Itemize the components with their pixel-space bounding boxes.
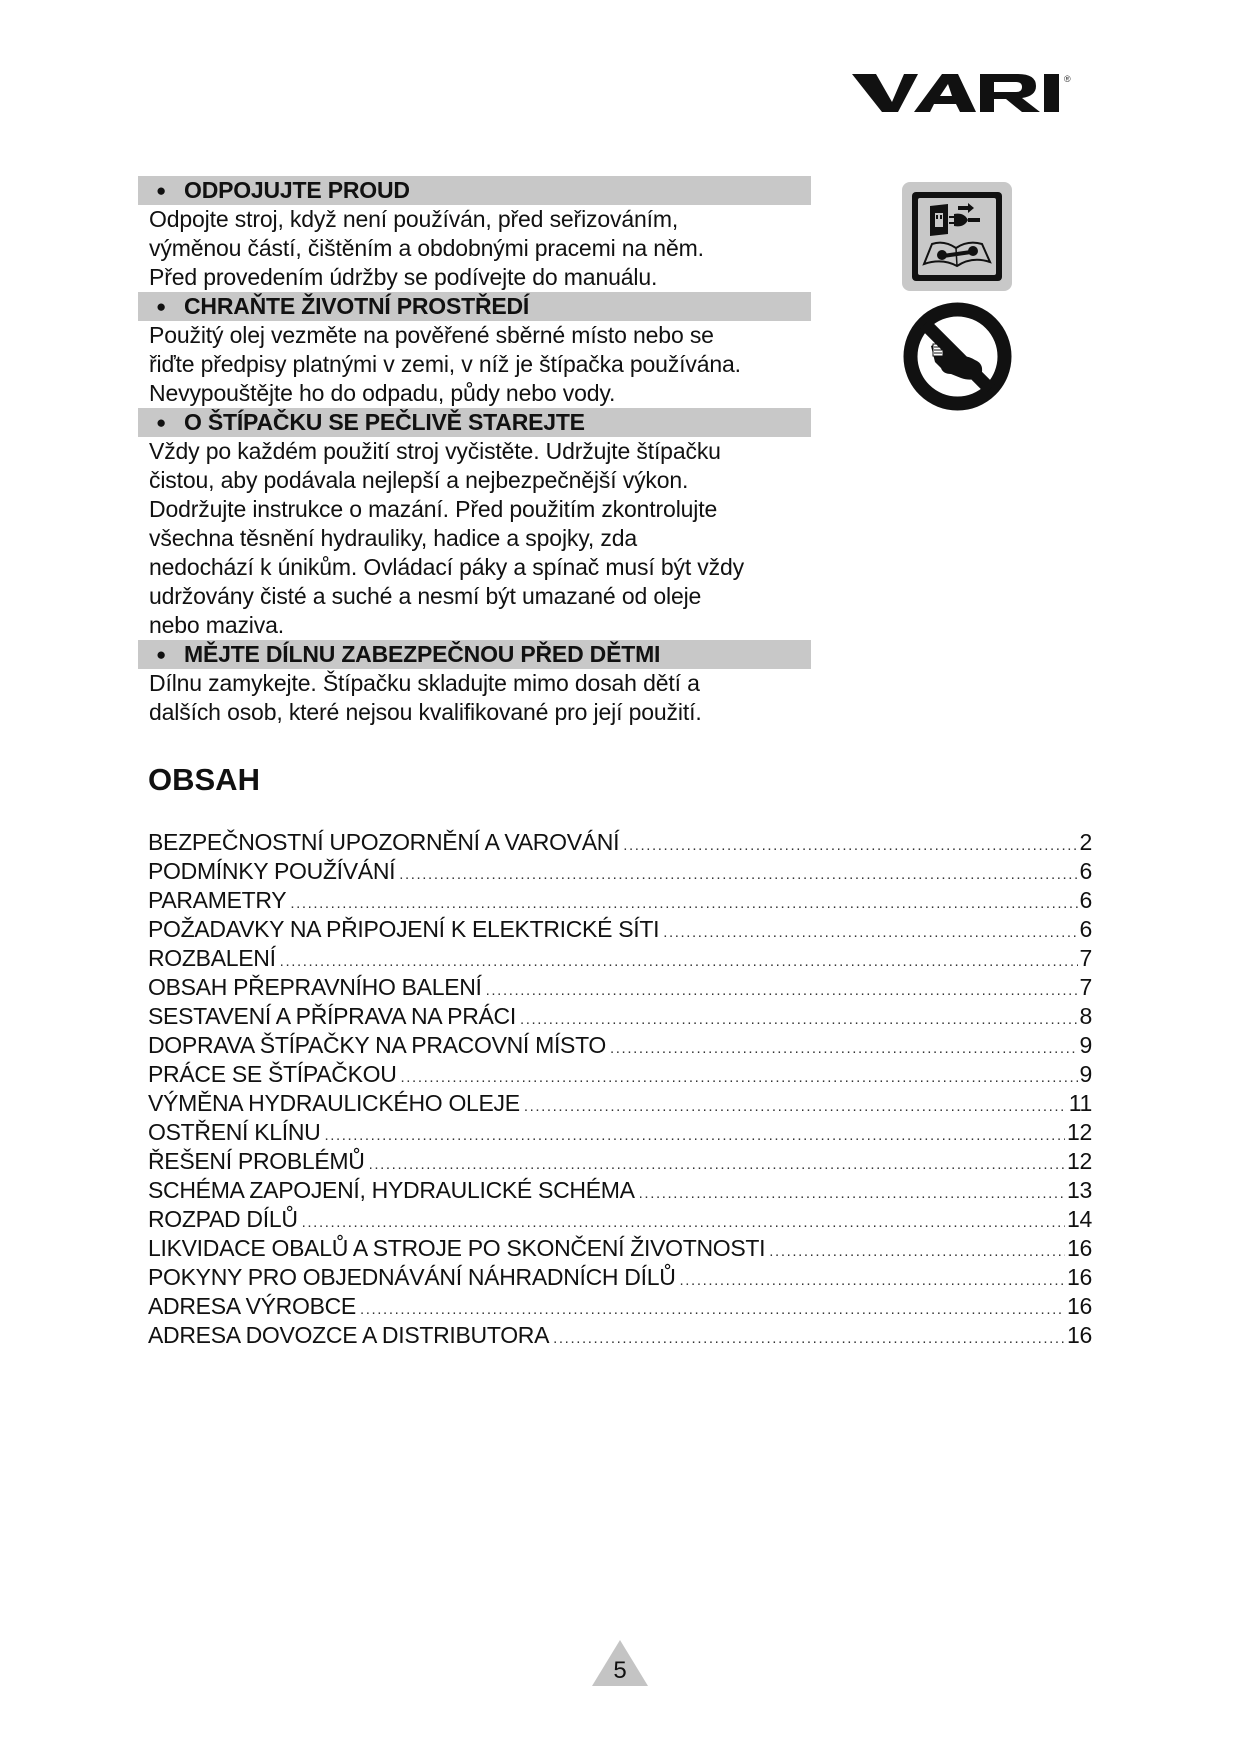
toc-entry-page: 7 bbox=[1080, 945, 1093, 972]
body-line: Nevypouštějte ho do odpadu, půdy nebo vo… bbox=[149, 379, 803, 408]
toc-leader-dots bbox=[520, 1011, 1078, 1028]
toc-entry[interactable]: POKYNY PRO OBJEDNÁVÁNÍ NÁHRADNÍCH DÍLŮ16 bbox=[148, 1264, 1092, 1293]
table-of-contents: BEZPEČNOSTNÍ UPOZORNĚNÍ A VAROVÁNÍ2 PODM… bbox=[148, 829, 1092, 1351]
toc-entry-title: ROZPAD DÍLŮ bbox=[148, 1206, 298, 1233]
toc-leader-dots bbox=[524, 1098, 1067, 1115]
page-number: 5 bbox=[592, 1640, 648, 1688]
toc-entry-page: 9 bbox=[1080, 1061, 1093, 1088]
heading-text: MĚJTE DÍLNU ZABEZPEČNOU PŘED DĚTMI bbox=[184, 641, 660, 668]
toc-entry[interactable]: VÝMĚNA HYDRAULICKÉHO OLEJE11 bbox=[148, 1090, 1092, 1119]
toc-entry-title: ŘEŠENÍ PROBLÉMŮ bbox=[148, 1148, 365, 1175]
body-line: Odpojte stroj, když není používán, před … bbox=[149, 205, 803, 234]
svg-text:®: ® bbox=[1064, 74, 1071, 84]
toc-entry[interactable]: LIKVIDACE OBALŮ A STROJE PO SKONČENÍ ŽIV… bbox=[148, 1235, 1092, 1264]
toc-entry-title: POŽADAVKY NA PŘIPOJENÍ K ELEKTRICKÉ SÍTI bbox=[148, 916, 659, 943]
body-line: Dílnu zamykejte. Štípačku skladujte mimo… bbox=[149, 669, 803, 698]
toc-entry[interactable]: SESTAVENÍ A PŘÍPRAVA NA PRÁCI8 bbox=[148, 1003, 1092, 1032]
toc-entry-page: 16 bbox=[1067, 1293, 1092, 1320]
toc-entry-page: 16 bbox=[1067, 1322, 1092, 1349]
body-line: všechna těsnění hydrauliky, hadice a spo… bbox=[149, 524, 803, 553]
toc-entry-title: OBSAH PŘEPRAVNÍHO BALENÍ bbox=[148, 974, 482, 1001]
page-number-text: 5 bbox=[592, 1657, 648, 1685]
toc-entry[interactable]: PARAMETRY6 bbox=[148, 887, 1092, 916]
bullet-icon: ● bbox=[138, 181, 184, 201]
safety-instructions: ● ODPOJUJTE PROUD Odpojte stroj, když ne… bbox=[138, 176, 811, 727]
toc-leader-dots bbox=[610, 1040, 1077, 1057]
toc-entry[interactable]: OSTŘENÍ KLÍNU12 bbox=[148, 1119, 1092, 1148]
toc-entry-page: 7 bbox=[1080, 974, 1093, 1001]
bullet-icon: ● bbox=[138, 297, 184, 317]
toc-entry[interactable]: ŘEŠENÍ PROBLÉMŮ12 bbox=[148, 1148, 1092, 1177]
section-heading-children: ● MĚJTE DÍLNU ZABEZPEČNOU PŘED DĚTMI bbox=[138, 640, 811, 669]
toc-entry-title: OSTŘENÍ KLÍNU bbox=[148, 1119, 320, 1146]
body-line: nebo maziva. bbox=[149, 611, 803, 640]
toc-entry-title: ADRESA VÝROBCE bbox=[148, 1293, 356, 1320]
toc-entry-page: 13 bbox=[1067, 1177, 1092, 1204]
toc-entry-title: VÝMĚNA HYDRAULICKÉHO OLEJE bbox=[148, 1090, 520, 1117]
toc-leader-dots bbox=[639, 1185, 1065, 1202]
toc-entry[interactable]: SCHÉMA ZAPOJENÍ, HYDRAULICKÉ SCHÉMA13 bbox=[148, 1177, 1092, 1206]
toc-entry-title: DOPRAVA ŠTÍPAČKY NA PRACOVNÍ MÍSTO bbox=[148, 1032, 606, 1059]
section-body-environment: Použitý olej vezměte na pověřené sběrné … bbox=[138, 321, 811, 408]
toc-entry-title: LIKVIDACE OBALŮ A STROJE PO SKONČENÍ ŽIV… bbox=[148, 1235, 765, 1262]
body-line: Použitý olej vezměte na pověřené sběrné … bbox=[149, 321, 803, 350]
toc-leader-dots bbox=[290, 895, 1077, 912]
body-line: Dodržujte instrukce o mazání. Před použi… bbox=[149, 495, 803, 524]
toc-entry[interactable]: ADRESA DOVOZCE A DISTRIBUTORA16 bbox=[148, 1322, 1092, 1351]
toc-entry-page: 6 bbox=[1080, 916, 1093, 943]
toc-entry-title: POKYNY PRO OBJEDNÁVÁNÍ NÁHRADNÍCH DÍLŮ bbox=[148, 1264, 676, 1291]
toc-leader-dots bbox=[769, 1243, 1065, 1260]
section-heading-care: ● O ŠTÍPAČKU SE PEČLIVĚ STAREJTE bbox=[138, 408, 811, 437]
toc-entry-title: ADRESA DOVOZCE A DISTRIBUTORA bbox=[148, 1322, 549, 1349]
toc-entry-page: 8 bbox=[1080, 1003, 1093, 1030]
heading-text: O ŠTÍPAČKU SE PEČLIVĚ STAREJTE bbox=[184, 409, 585, 436]
toc-entry-page: 2 bbox=[1080, 829, 1093, 856]
toc-leader-dots bbox=[553, 1330, 1065, 1347]
toc-entry-page: 9 bbox=[1080, 1032, 1093, 1059]
toc-entry[interactable]: POŽADAVKY NA PŘIPOJENÍ K ELEKTRICKÉ SÍTI… bbox=[148, 916, 1092, 945]
toc-entry-page: 6 bbox=[1080, 887, 1093, 914]
section-heading-environment: ● CHRAŇTE ŽIVOTNÍ PROSTŘEDÍ bbox=[138, 292, 811, 321]
section-body-care: Vždy po každém použití stroj vyčistěte. … bbox=[138, 437, 811, 640]
toc-entry-title: PRÁCE SE ŠTÍPAČKOU bbox=[148, 1061, 397, 1088]
body-line: dalších osob, které nejsou kvalifikované… bbox=[149, 698, 803, 727]
toc-entry-page: 12 bbox=[1067, 1148, 1092, 1175]
toc-entry-title: BEZPEČNOSTNÍ UPOZORNĚNÍ A VAROVÁNÍ bbox=[148, 829, 619, 856]
toc-leader-dots bbox=[663, 924, 1077, 941]
toc-leader-dots bbox=[401, 1069, 1078, 1086]
toc-entry[interactable]: ROZPAD DÍLŮ14 bbox=[148, 1206, 1092, 1235]
toc-entry[interactable]: ADRESA VÝROBCE16 bbox=[148, 1293, 1092, 1322]
toc-title: OBSAH bbox=[148, 762, 260, 798]
toc-entry-page: 16 bbox=[1067, 1235, 1092, 1262]
vari-logo-icon: ® bbox=[852, 70, 1092, 116]
toc-entry-page: 16 bbox=[1067, 1264, 1092, 1291]
toc-leader-dots bbox=[324, 1127, 1065, 1144]
body-line: udržovány čisté a suché a nesmí být umaz… bbox=[149, 582, 803, 611]
toc-entry[interactable]: ROZBALENÍ7 bbox=[148, 945, 1092, 974]
bullet-icon: ● bbox=[138, 645, 184, 665]
toc-leader-dots bbox=[486, 982, 1078, 999]
toc-leader-dots bbox=[399, 866, 1077, 883]
heading-text: ODPOJUJTE PROUD bbox=[184, 177, 410, 204]
body-line: čistou, aby podávala nejlepší a nejbezpe… bbox=[149, 466, 803, 495]
toc-entry-title: PODMÍNKY POUŽÍVÁNÍ bbox=[148, 858, 395, 885]
toc-entry-title: SCHÉMA ZAPOJENÍ, HYDRAULICKÉ SCHÉMA bbox=[148, 1177, 635, 1204]
toc-entry-title: ROZBALENÍ bbox=[148, 945, 276, 972]
toc-entry-title: PARAMETRY bbox=[148, 887, 286, 914]
toc-leader-dots bbox=[623, 837, 1077, 854]
toc-leader-dots bbox=[360, 1301, 1065, 1318]
body-line: Vždy po každém použití stroj vyčistěte. … bbox=[149, 437, 803, 466]
heading-text: CHRAŇTE ŽIVOTNÍ PROSTŘEDÍ bbox=[184, 293, 529, 320]
body-line: výměnou částí, čištěním a obdobnými prac… bbox=[149, 234, 803, 263]
bullet-icon: ● bbox=[138, 413, 184, 433]
toc-entry[interactable]: PRÁCE SE ŠTÍPAČKOU9 bbox=[148, 1061, 1092, 1090]
body-line: řiďte předpisy platnými v zemi, v níž je… bbox=[149, 350, 803, 379]
section-heading-disconnect: ● ODPOJUJTE PROUD bbox=[138, 176, 811, 205]
toc-entry[interactable]: DOPRAVA ŠTÍPAČKY NA PRACOVNÍ MÍSTO9 bbox=[148, 1032, 1092, 1061]
toc-leader-dots bbox=[680, 1272, 1066, 1289]
toc-entry[interactable]: PODMÍNKY POUŽÍVÁNÍ6 bbox=[148, 858, 1092, 887]
toc-entry-page: 12 bbox=[1067, 1119, 1092, 1146]
section-body-disconnect: Odpojte stroj, když není používán, před … bbox=[138, 205, 811, 292]
toc-entry[interactable]: BEZPEČNOSTNÍ UPOZORNĚNÍ A VAROVÁNÍ2 bbox=[148, 829, 1092, 858]
toc-leader-dots bbox=[302, 1214, 1065, 1231]
toc-leader-dots bbox=[280, 953, 1078, 970]
body-line: Před provedením údržby se podívejte do m… bbox=[149, 263, 803, 292]
section-body-children: Dílnu zamykejte. Štípačku skladujte mimo… bbox=[138, 669, 811, 727]
toc-entry-title: SESTAVENÍ A PŘÍPRAVA NA PRÁCI bbox=[148, 1003, 516, 1030]
toc-entry-page: 6 bbox=[1080, 858, 1093, 885]
no-hands-prohibition-icon bbox=[903, 302, 1012, 411]
toc-leader-dots bbox=[369, 1156, 1065, 1173]
toc-entry-page: 11 bbox=[1069, 1090, 1092, 1117]
unplug-before-maintenance-icon bbox=[902, 182, 1012, 291]
toc-entry-page: 14 bbox=[1067, 1206, 1092, 1233]
vari-logo: ® bbox=[852, 70, 1092, 116]
toc-entry[interactable]: OBSAH PŘEPRAVNÍHO BALENÍ7 bbox=[148, 974, 1092, 1003]
body-line: nedochází k únikům. Ovládací páky a spín… bbox=[149, 553, 803, 582]
